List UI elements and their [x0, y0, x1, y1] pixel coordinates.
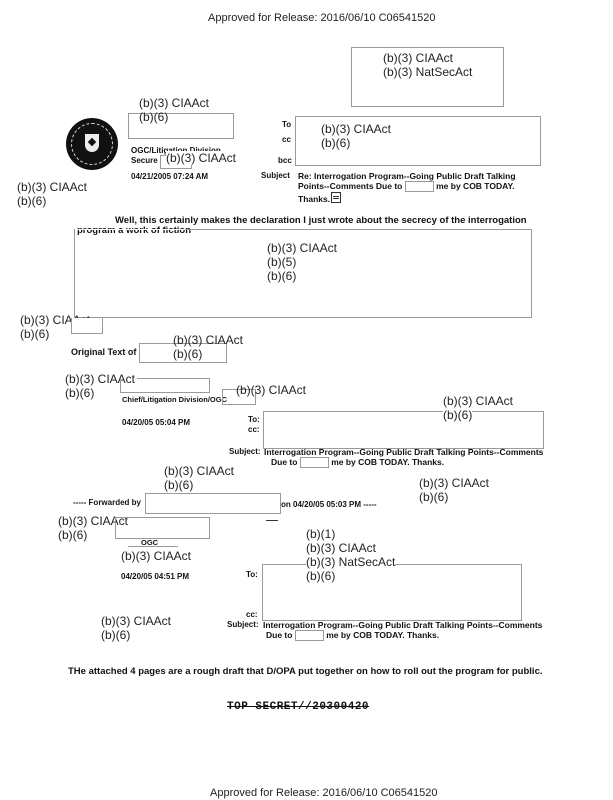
- forward-redaction-box: [145, 493, 281, 514]
- email2-subject-inline-redaction: [300, 457, 329, 468]
- forward-prefix: ----- Forwarded by: [73, 498, 141, 507]
- email1-datetime: 04/21/2005 07:24 AM: [131, 172, 208, 181]
- left-redaction-label-1: (b)(3) CIAAct (b)(6): [17, 180, 87, 208]
- subject-label: Subject: [261, 171, 290, 180]
- forward-suffix: on 04/20/05 05:03 PM -----: [281, 500, 377, 509]
- release-header: Approved for Release: 2016/06/10 C065415…: [208, 12, 436, 24]
- email2-cc-label: cc:: [248, 425, 260, 434]
- subject-text: Re: Interrogation Program--Going Public …: [298, 171, 516, 204]
- to-label: To: [282, 120, 291, 129]
- email3-body: THe attached 4 pages are a rough draft t…: [68, 666, 543, 677]
- email3-sender-redaction-box: [115, 517, 210, 539]
- email3-recipients-redaction-label: (b)(1) (b)(3) CIAAct (b)(3) NatSecAct (b…: [306, 527, 395, 583]
- sender-redaction-label: (b)(3) CIAAct (b)(6): [139, 96, 209, 124]
- subject-inline-redaction: [405, 181, 434, 192]
- email3-subject-text: Interrogation Program--Going Public Draf…: [263, 620, 542, 641]
- email3-subject-label: Subject:: [227, 620, 259, 629]
- email2-sender-redaction-box: [120, 378, 210, 393]
- forward-top-redaction-label: (b)(3) CIAAct (b)(6): [164, 464, 234, 492]
- email3-cc-label: cc:: [246, 610, 258, 619]
- email2-subject-label: Subject:: [229, 447, 261, 456]
- email3-org-redaction-label: (b)(3) CIAAct: [121, 549, 191, 563]
- original-text-label: Original Text of: [71, 347, 136, 357]
- email3-to-label: To:: [246, 570, 258, 579]
- email2-subject-text: Interrogation Program--Going Public Draf…: [264, 447, 543, 468]
- email3-datetime: 04/20/05 04:51 PM: [121, 572, 189, 581]
- sender-secure: Secure: [131, 156, 158, 165]
- document-icon[interactable]: [331, 192, 341, 203]
- email2-datetime: 04/20/05 05:04 PM: [122, 418, 190, 427]
- body-redaction-label: (b)(3) CIAAct (b)(5) (b)(6): [267, 241, 337, 283]
- bcc-label: bcc: [278, 156, 292, 165]
- release-footer: Approved for Release: 2016/06/10 C065415…: [210, 787, 438, 799]
- email2-sender-title: Chief/Litigation Division/OGC: [122, 395, 227, 404]
- recipients-redaction-label: (b)(3) CIAAct (b)(6): [321, 122, 391, 150]
- email2-recipients-redaction-label: (b)(3) CIAAct (b)(6): [443, 394, 513, 422]
- email2-title-redaction-label: (b)(3) CIAAct: [236, 383, 306, 397]
- email2-to-label: To:: [248, 415, 260, 424]
- redaction-label-top: (b)(3) CIAAct (b)(3) NatSecAct: [383, 51, 472, 79]
- bottom-redaction-box: [71, 318, 103, 334]
- classification-marking: TOP SECRET//20300420: [227, 701, 369, 713]
- cia-seal-icon: [66, 118, 118, 170]
- original-redaction-label: (b)(3) CIAAct (b)(6): [173, 333, 243, 361]
- secure-redaction-label: (b)(3) CIAAct: [166, 151, 236, 165]
- cc-label: cc: [282, 135, 291, 144]
- forward-right-redaction-label: (b)(3) CIAAct (b)(6): [419, 476, 489, 504]
- email3-subject-inline-redaction: [295, 630, 324, 641]
- email3-left-redaction-label: (b)(3) CIAAct (b)(6): [101, 614, 171, 642]
